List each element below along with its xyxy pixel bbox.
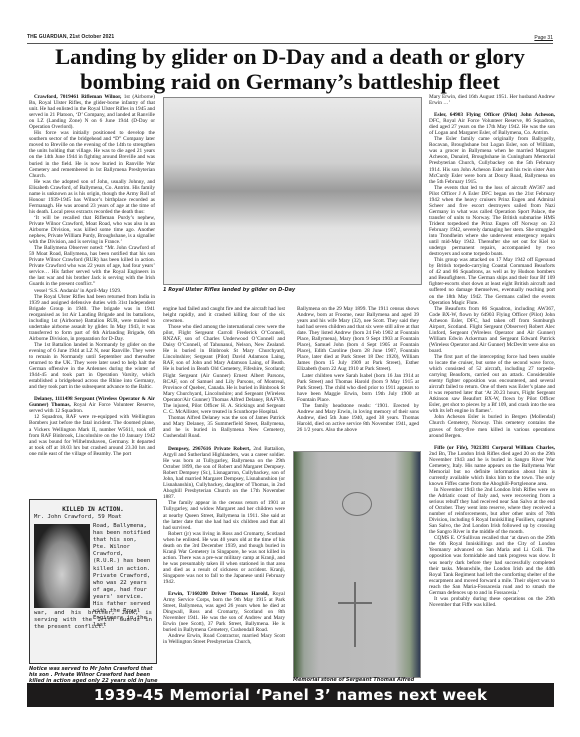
- paragraph: John Acheson Esler is buried in Bergen (…: [429, 414, 555, 438]
- paragraph: The Esler family came originally from Ba…: [429, 136, 555, 184]
- delaney-entry: Delaney, 1111498 Sergeant (Wireless Oper…: [29, 396, 155, 414]
- paragraph: The family headstone reads: ‘1901. Erect…: [297, 403, 419, 433]
- portrait-image: [34, 524, 90, 608]
- column-2c: Dempsey, 2967616 Private Robert, 2nd Bat…: [163, 446, 285, 646]
- paragraph: The 1st Battalion landed in Normandy by …: [29, 342, 155, 390]
- headline: Landing by glider on D-Day and a death o…: [20, 44, 560, 94]
- fiffe-entry: Fiffe (or Fife), 7021381 Corporal Willia…: [429, 445, 555, 487]
- paragraph: The Royal Ulster Rifles had been returne…: [29, 294, 155, 342]
- paragraph: ‘It will be recalled that Rifleman Purdy…: [29, 215, 155, 245]
- column-3: Mary Erwin, died 16th August 1951. Her h…: [429, 94, 555, 608]
- memorial-stone-photo: [293, 451, 421, 678]
- dempsey-entry: Dempsey, 2967616 Private Robert, 2nd Bat…: [163, 446, 285, 500]
- next-week-banner: 1939-45 Memorial ‘Panel 3’ names next we…: [27, 683, 554, 707]
- paragraph: Those who died among the international c…: [163, 324, 285, 415]
- cross-icon: [354, 582, 356, 647]
- paragraph: Thomas Alfred Delaney was the son of Jam…: [163, 415, 285, 439]
- paragraph: The family appear in the census return o…: [163, 500, 285, 530]
- raf-badge-icon: [342, 492, 372, 516]
- erwin-entry: Erwin, T/160200 Driver Thomas Harold, Ro…: [163, 591, 285, 633]
- paragraph: His force was initially positioned to de…: [29, 130, 155, 178]
- esler-entry: Esler, 64903 Flying Officer (Pilot) John…: [429, 112, 555, 136]
- headline-line-1: Landing by glider on D-Day and a death o…: [20, 44, 560, 69]
- glider-jeep-photo: [163, 97, 422, 285]
- column-2b: Ballymena on the 29 May 1899. The 1911 c…: [297, 306, 419, 433]
- column-2a: engine had failed and caught fire and th…: [163, 306, 285, 439]
- masthead: THE GUARDIAN, 21st October 2021 Page 31: [27, 34, 553, 44]
- paragraph: Andrew Erwin, Road Contractor, married M…: [163, 633, 285, 645]
- paragraph: It was probably during these operations …: [429, 596, 555, 608]
- paragraph: Mary Erwin, died 16th August 1951. Her h…: [429, 94, 555, 106]
- paragraph: Robert (jr) was living in Ross and Croma…: [163, 531, 285, 585]
- publication-dateline: THE GUARDIAN, 21st October 2021: [27, 34, 114, 40]
- paragraph: The Beauforts from 86 Squadron, includin…: [429, 306, 555, 354]
- page-number: Page 31: [534, 35, 553, 41]
- paragraph: In November 1943 the 2nd London Irish Ri…: [429, 487, 555, 535]
- paragraph: engine had failed and caught fire and th…: [163, 306, 285, 324]
- headline-line-2: bombing raid on Germany’s battleship fle…: [20, 69, 560, 94]
- crawford-entry: Crawford, 7019461 Rifleman Wilnor, 1st (…: [29, 94, 155, 130]
- paragraph: CQMS E. O’Sullivan recalled that ‘at daw…: [429, 535, 555, 595]
- jeep-photo-caption: 1 Royal Ulster Rifles landed by glider o…: [163, 287, 420, 293]
- paragraph: Ballymena on the 29 May 1899. The 1911 c…: [297, 306, 419, 373]
- clipping-title: KILLED IN ACTION.: [30, 506, 156, 513]
- paragraph: The Ballymena Observer noted: “Mr. John …: [29, 245, 155, 287]
- clipping-text-bottom: war, and his brother, Jack, is serving w…: [34, 610, 152, 631]
- paragraph: 12 Squadron, RAF were re-equipped with W…: [29, 414, 155, 456]
- paragraph: Later children were Sarah Isabel (born 1…: [297, 373, 419, 403]
- clipping-lead: Mr. John Crawford, 59 Moat: [34, 514, 152, 521]
- paragraph: The events that led to the loss of aircr…: [429, 185, 555, 258]
- column-1: Crawford, 7019461 Rifleman Wilnor, 1st (…: [29, 94, 155, 457]
- killed-in-action-clipping: KILLED IN ACTION. Mr. John Crawford, 59 …: [29, 499, 157, 664]
- paragraph: This group was attacked on 17 May 1942 o…: [429, 257, 555, 305]
- paragraph: He was the adopted son of John, usually …: [29, 179, 155, 215]
- paragraph: The first part of the intercepting force…: [429, 354, 555, 414]
